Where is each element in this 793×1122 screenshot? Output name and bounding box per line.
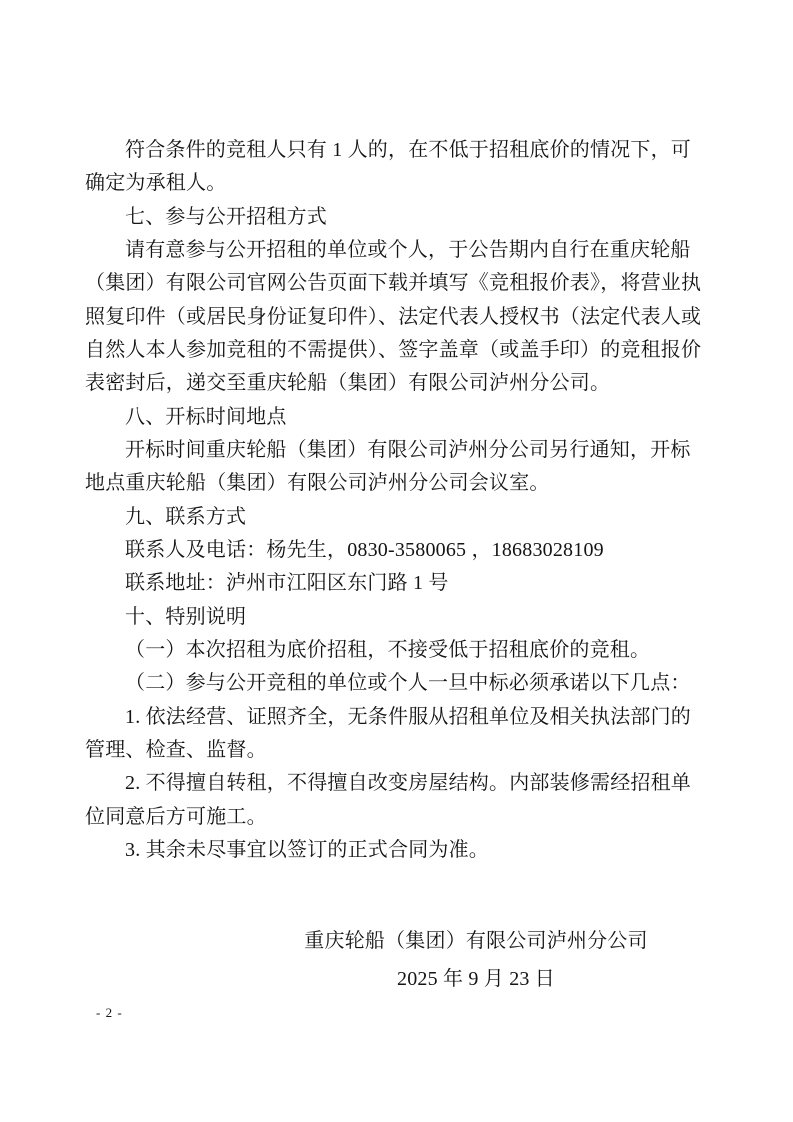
paragraph-bid-opening: 开标时间重庆轮船（集团）有限公司泸州分公司另行通知，开标 地点重庆轮船（集团）有…	[85, 434, 713, 501]
paragraph-participation-method: 请有意参与公开招租的单位或个人，于公告期内自行在重庆轮船 （集团）有限公司官网公…	[85, 234, 713, 401]
page-number: - 2 -	[96, 1005, 123, 1021]
section-heading-7: 七、参与公开招租方式	[85, 201, 713, 234]
paragraph-commitment-1: 1. 依法经营、证照齐全，无条件服从招租单位及相关执法部门的 管理、检查、监督。	[85, 701, 713, 768]
document-page: 符合条件的竞租人只有 1 人的，在不低于招租底价的情况下，可 确定为承租人。 七…	[0, 0, 793, 1122]
paragraph-contact-phone: 联系人及电话：杨先生，0830-3580065 ，18683028109	[85, 534, 713, 567]
signature-block: 重庆轮船（集团）有限公司泸州分公司 2025 年 9 月 23 日	[162, 925, 790, 996]
paragraph-commitment-3: 3. 其余未尽事宜以签订的正式合同为准。	[85, 834, 713, 867]
signature-date: 2025 年 9 月 23 日	[162, 963, 790, 996]
section-heading-9: 九、联系方式	[85, 501, 713, 534]
paragraph-commitment-2: 2. 不得擅自转租，不得擅自改变房屋结构。内部装修需经招租单 位同意后方可施工。	[85, 767, 713, 834]
document-body: 符合条件的竞租人只有 1 人的，在不低于招租底价的情况下，可 确定为承租人。 七…	[85, 134, 713, 996]
signature-company: 重庆轮船（集团）有限公司泸州分公司	[162, 925, 790, 958]
paragraph-note-2: （二）参与公开竞租的单位或个人一旦中标必须承诺以下几点：	[85, 667, 713, 700]
section-heading-8: 八、开标时间地点	[85, 401, 713, 434]
paragraph-qualified-bidder: 符合条件的竞租人只有 1 人的，在不低于招租底价的情况下，可 确定为承租人。	[85, 134, 713, 201]
paragraph-note-1: （一）本次招租为底价招租，不接受低于招租底价的竞租。	[85, 634, 713, 667]
paragraph-contact-address: 联系地址：泸州市江阳区东门路 1 号	[85, 567, 713, 600]
section-heading-10: 十、特别说明	[85, 601, 713, 634]
